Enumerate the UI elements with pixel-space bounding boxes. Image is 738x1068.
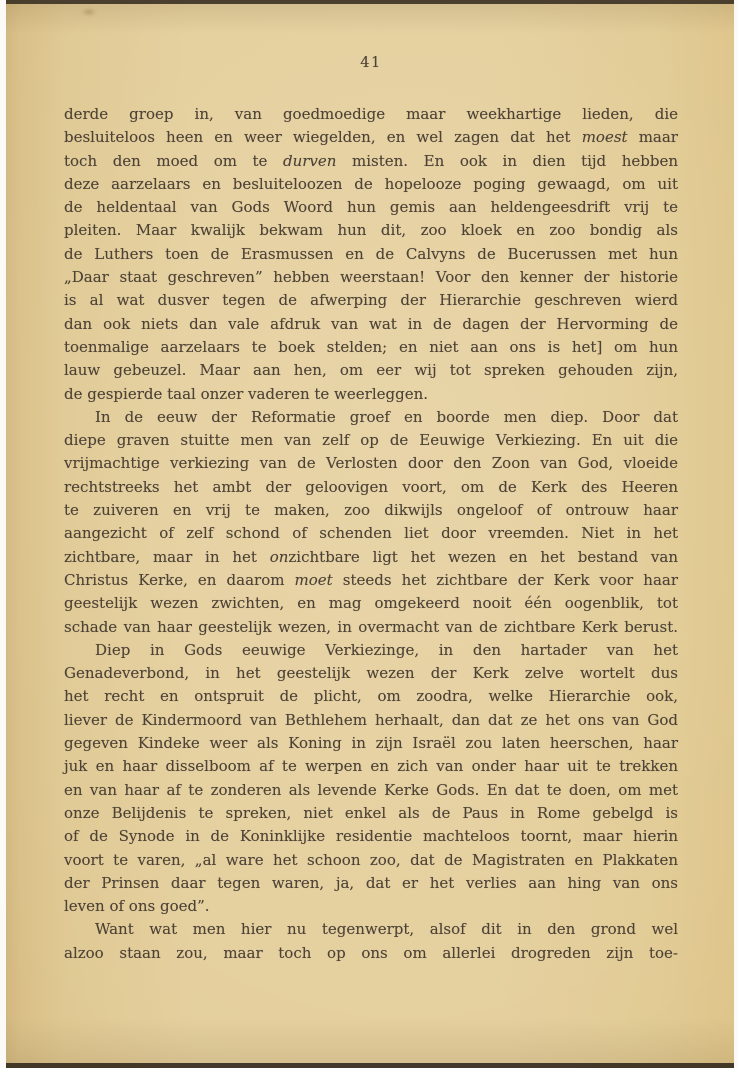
- italic-emphasis: durven: [283, 152, 336, 170]
- text-line: de heldentaal van Gods Woord hun gemis a…: [64, 196, 678, 219]
- paragraph: In de eeuw der Reformatie groef en boord…: [64, 406, 678, 639]
- text-line: vrijmachtige verkiezing van de Verlosten…: [64, 452, 678, 475]
- text-line: deze aarzelaars en besluiteloozen de hop…: [64, 173, 678, 196]
- text-segment: In de eeuw der Reformatie groef en boord…: [95, 408, 678, 426]
- text-segment: derde groep in, van goedmoedige maar wee…: [64, 105, 678, 123]
- text-segment: toch den moed om te: [64, 152, 283, 170]
- text-segment: maar: [628, 128, 678, 146]
- italic-emphasis: moet: [295, 571, 333, 589]
- text-line: In de eeuw der Reformatie groef en boord…: [64, 406, 678, 429]
- text-line: der Prinsen daar tegen waren, ja, dat er…: [64, 872, 678, 895]
- text-segment: steeds het zichtbare der Kerk voor haar: [333, 571, 678, 589]
- text-line: schade van haar geestelijk wezen, in ove…: [64, 616, 678, 639]
- text-segment: juk en haar disselboom af te werpen en z…: [64, 757, 678, 775]
- paragraph: Want wat men hier nu tegenwerpt, alsof d…: [64, 918, 678, 965]
- text-line: liever de Kindermoord van Bethlehem herh…: [64, 709, 678, 732]
- text-line: gegeven Kindeke weer als Koning in zijn …: [64, 732, 678, 755]
- text-line: derde groep in, van goedmoedige maar wee…: [64, 103, 678, 126]
- text-segment: te zuiveren en vrij te maken, zoo dikwij…: [64, 501, 678, 519]
- text-segment: „Daar staat geschreven” hebben weerstaan…: [64, 268, 678, 286]
- text-line: geestelijk wezen zwichten, en mag omgeke…: [64, 592, 678, 615]
- text-line: alzoo staan zou, maar toch op ons om all…: [64, 942, 678, 965]
- text-line: toch den moed om te durven misten. En oo…: [64, 150, 678, 173]
- text-segment: leven of ons goed”.: [64, 897, 210, 915]
- scan-edge-top: [5, 0, 735, 4]
- text-segment: alzoo staan zou, maar toch op ons om all…: [64, 944, 678, 962]
- text-segment: misten. En ook in dien tijd hebben: [336, 152, 678, 170]
- text-line: zichtbare, maar in het onzichtbare ligt …: [64, 546, 678, 569]
- text-segment: het recht en ontspruit de plicht, om zoo…: [64, 687, 678, 705]
- text-segment: schade van haar geestelijk wezen, in ove…: [64, 618, 678, 636]
- text-segment: deze aarzelaars en besluiteloozen de hop…: [64, 175, 678, 193]
- text-segment: rechtstreeks het ambt der geloovigen voo…: [64, 478, 678, 496]
- text-segment: pleiten. Maar kwalijk bekwam hun dit, zo…: [64, 221, 678, 239]
- text-line: Genadeverbond, in het geestelijk wezen d…: [64, 662, 678, 685]
- text-segment: en van haar af te zonderen als levende K…: [64, 781, 678, 799]
- paragraph: derde groep in, van goedmoedige maar wee…: [64, 103, 678, 406]
- text-line: is al wat dusver tegen de afwerping der …: [64, 289, 678, 312]
- text-line: diepe graven stuitte men van zelf op de …: [64, 429, 678, 452]
- book-page-scan: 41 derde groep in, van goedmoedige maar …: [0, 0, 738, 1068]
- text-line: lauw gebeuzel. Maar aan hen, om eer wij …: [64, 359, 678, 382]
- text-line: het recht en ontspruit de plicht, om zoo…: [64, 685, 678, 708]
- text-segment: of de Synode in de Koninklijke residenti…: [64, 827, 678, 845]
- page-body: derde groep in, van goedmoedige maar wee…: [64, 103, 678, 965]
- text-segment: lauw gebeuzel. Maar aan hen, om eer wij …: [64, 361, 678, 379]
- text-segment: toenmalige aarzelaars te boek stelden; e…: [64, 338, 678, 356]
- text-line: of de Synode in de Koninklijke residenti…: [64, 825, 678, 848]
- text-segment: de gespierde taal onzer vaderen te weerl…: [64, 385, 428, 403]
- text-line: Want wat men hier nu tegenwerpt, alsof d…: [64, 918, 678, 941]
- text-segment: diepe graven stuitte men van zelf op de …: [64, 431, 678, 449]
- text-segment: gegeven Kindeke weer als Koning in zijn …: [64, 734, 678, 752]
- scan-margin-left: [0, 0, 6, 1068]
- scan-margin-right: [734, 0, 738, 1068]
- text-line: te zuiveren en vrij te maken, zoo dikwij…: [64, 499, 678, 522]
- page-number: 41: [64, 55, 678, 71]
- text-segment: de heldentaal van Gods Woord hun gemis a…: [64, 198, 678, 216]
- text-line: Christus Kerke, en daarom moet steeds he…: [64, 569, 678, 592]
- text-line: onze Belijdenis te spreken, niet enkel a…: [64, 802, 678, 825]
- text-segment: Christus Kerke, en daarom: [64, 571, 295, 589]
- text-segment: aangezicht of zelf schond of schenden li…: [64, 524, 678, 542]
- italic-emphasis: on: [270, 548, 289, 566]
- text-line: pleiten. Maar kwalijk bekwam hun dit, zo…: [64, 219, 678, 242]
- text-segment: de Luthers toen de Erasmussen en de Calv…: [64, 245, 678, 263]
- text-line: en van haar af te zonderen als levende K…: [64, 779, 678, 802]
- italic-emphasis: moest: [582, 128, 628, 146]
- text-line: Diep in Gods eeuwige Verkiezinge, in den…: [64, 639, 678, 662]
- text-segment: Want wat men hier nu tegenwerpt, alsof d…: [95, 920, 678, 938]
- text-line: leven of ons goed”.: [64, 895, 678, 918]
- text-segment: dan ook niets dan vale afdruk van wat in…: [64, 315, 678, 333]
- text-line: juk en haar disselboom af te werpen en z…: [64, 755, 678, 778]
- text-segment: is al wat dusver tegen de afwerping der …: [64, 291, 678, 309]
- text-line: rechtstreeks het ambt der geloovigen voo…: [64, 476, 678, 499]
- text-line: „Daar staat geschreven” hebben weerstaan…: [64, 266, 678, 289]
- text-line: besluiteloos heen en weer wiegelden, en …: [64, 126, 678, 149]
- text-segment: zichtbare, maar in het: [64, 548, 270, 566]
- text-segment: besluiteloos heen en weer wiegelden, en …: [64, 128, 582, 146]
- text-segment: liever de Kindermoord van Bethlehem herh…: [64, 711, 678, 729]
- scan-edge-bottom: [5, 1063, 735, 1068]
- text-line: aangezicht of zelf schond of schenden li…: [64, 522, 678, 545]
- text-line: dan ook niets dan vale afdruk van wat in…: [64, 313, 678, 336]
- text-segment: onze Belijdenis te spreken, niet enkel a…: [64, 804, 678, 822]
- text-segment: Diep in Gods eeuwige Verkiezinge, in den…: [95, 641, 678, 659]
- text-segment: der Prinsen daar tegen waren, ja, dat er…: [64, 874, 678, 892]
- ink-smudge: [78, 6, 100, 18]
- text-line: de gespierde taal onzer vaderen te weerl…: [64, 383, 678, 406]
- text-line: toenmalige aarzelaars te boek stelden; e…: [64, 336, 678, 359]
- text-segment: zichtbare ligt het wezen en het bestand …: [288, 548, 678, 566]
- text-segment: vrijmachtige verkiezing van de Verlosten…: [64, 454, 678, 472]
- text-segment: geestelijk wezen zwichten, en mag omgeke…: [64, 594, 678, 612]
- text-segment: Genadeverbond, in het geestelijk wezen d…: [64, 664, 678, 682]
- paragraph: Diep in Gods eeuwige Verkiezinge, in den…: [64, 639, 678, 919]
- text-line: voort te varen, „al ware het schoon zoo,…: [64, 849, 678, 872]
- text-line: de Luthers toen de Erasmussen en de Calv…: [64, 243, 678, 266]
- text-segment: voort te varen, „al ware het schoon zoo,…: [64, 851, 678, 869]
